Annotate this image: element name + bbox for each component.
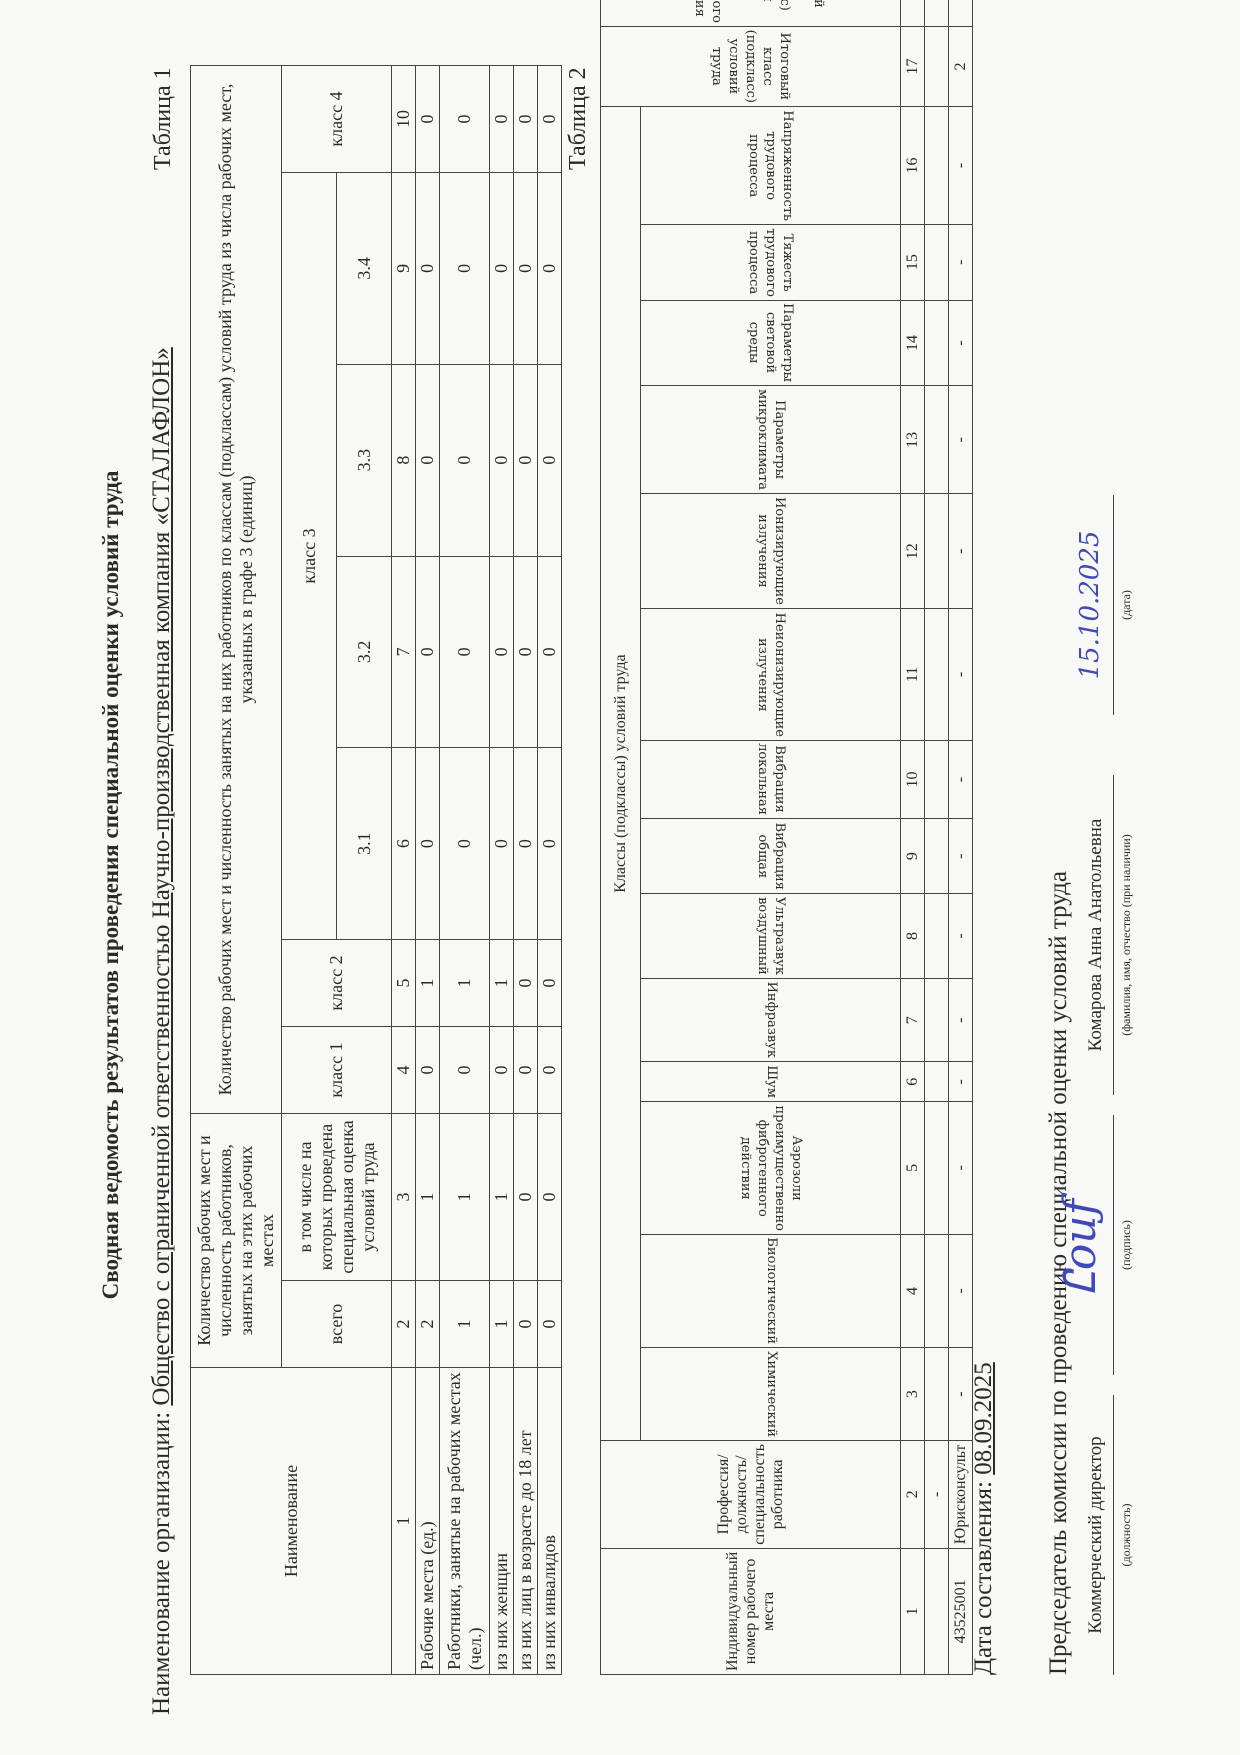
- t2-col-number: 11: [901, 609, 925, 740]
- row-label: из них женщин: [490, 1368, 514, 1675]
- t2-col-number: 4: [901, 1234, 925, 1348]
- table-row: -: [925, 0, 949, 1675]
- cell-value: 0: [416, 66, 440, 173]
- cell-value: -: [949, 1102, 973, 1235]
- cell-value: 0: [538, 1114, 562, 1281]
- row-label: Рабочие места (ед.): [416, 1368, 440, 1675]
- t1-head-group2: Количество рабочих мест и численность за…: [191, 66, 282, 1114]
- t1-head-name: Наименование: [191, 1368, 392, 1675]
- factor-label: Биологический: [763, 1238, 780, 1345]
- cell-value: [925, 893, 949, 978]
- cell-value: -: [949, 1348, 973, 1441]
- t1-col-number: 7: [392, 556, 416, 748]
- cell-value: [925, 224, 949, 300]
- cell-value: 0: [538, 364, 562, 556]
- t2-head-classes: Классы (подклассы) условий труда: [601, 107, 641, 1441]
- cell-value: 1: [416, 1114, 440, 1281]
- t2-factor-header: Химический: [641, 1348, 901, 1441]
- date-value: 08.09.2025: [970, 1362, 997, 1475]
- factor-label: Ультразвук воздушный: [754, 897, 788, 975]
- sign-date-field: 15.10.2025: [1085, 495, 1114, 715]
- t2-factor-header: Биологический: [641, 1234, 901, 1348]
- t2-col-number: 13: [901, 386, 925, 494]
- position-field: Коммерческий директор: [1085, 1395, 1114, 1675]
- t2-factor-header: Ультразвук воздушный: [641, 893, 901, 978]
- t2-factor-header: Вибрация общая: [641, 819, 901, 893]
- cell-value: [925, 1062, 949, 1102]
- factor-label: Ионизирующие излучения: [754, 497, 788, 605]
- t2-col-number: 10: [901, 740, 925, 819]
- t1-head-class1: класс 1: [282, 1027, 392, 1114]
- cell-value: 0: [440, 556, 490, 748]
- t1-col-number: 3: [392, 1114, 416, 1281]
- cell-value: [925, 300, 949, 386]
- t1-head-total: всего: [282, 1281, 392, 1368]
- t2-factor-header: Шум: [641, 1062, 901, 1102]
- t1-head-3-1: 3.1: [337, 748, 392, 940]
- t2-factor-header: Вибрация локальная: [641, 740, 901, 819]
- t2-col-number: 14: [901, 300, 925, 386]
- t2-col-number: 16: [901, 107, 925, 225]
- table-row: из них лиц в возрасте до 18 лет000000000: [514, 66, 538, 1675]
- workplace-id: 43525001: [949, 1548, 973, 1674]
- cell-value: [925, 609, 949, 740]
- cell-value: [925, 1102, 949, 1235]
- cell-value: 0: [538, 1281, 562, 1368]
- t2-factor-header: Параметры микроклимата: [641, 386, 901, 494]
- t1-col-number: 5: [392, 940, 416, 1027]
- organization-line: Наименование организации: Общество с огр…: [148, 347, 176, 1715]
- cell-value: [925, 1348, 949, 1441]
- cell-value: 0: [490, 364, 514, 556]
- t2-factor-header: Итоговый класс (подкласс) условий труда: [601, 26, 901, 106]
- date-label: Дата составления:: [970, 1475, 997, 1675]
- t2-factor-header: Итоговый класс (подкласс) условий труда …: [601, 0, 901, 26]
- t2-col-number: 2: [901, 1440, 925, 1548]
- cell-value: -: [949, 494, 973, 609]
- t2-head-id: Индивидуальный номер рабочего места: [601, 1548, 901, 1674]
- t1-col-number: 9: [392, 173, 416, 365]
- cell-value: -: [949, 224, 973, 300]
- t2-factor-headers: ХимическийБиологическийАэрозоли преимуще…: [641, 0, 901, 1675]
- cell-value: -: [949, 979, 973, 1062]
- cell-value: -: [949, 609, 973, 740]
- t2-factor-header: Параметры световой среды: [641, 300, 901, 386]
- position-caption: (должность): [1119, 1395, 1134, 1675]
- cell-value: 0: [490, 66, 514, 173]
- t1-head-3-4: 3.4: [337, 173, 392, 365]
- t1-col-number: 2: [392, 1281, 416, 1368]
- t2-col-number: 9: [901, 819, 925, 893]
- cell-value: 0: [514, 66, 538, 173]
- sign-date-caption: (дата): [1119, 495, 1134, 715]
- cell-value: 0: [440, 173, 490, 365]
- name-field: Комарова Анна Анатольевна: [1085, 775, 1114, 1095]
- t1-column-numbers: 12345678910: [392, 66, 416, 1675]
- cell-value: 0: [440, 748, 490, 940]
- factor-label: Параметры микроклимата: [754, 389, 788, 490]
- t2-factor-header: Неионизирующие излучения: [641, 609, 901, 740]
- cell-value: 0: [440, 66, 490, 173]
- table-row: Рабочие места (ед.)210100000: [416, 66, 440, 1675]
- row-label: Работники, занятые на рабочих местах (че…: [440, 1368, 490, 1675]
- factor-label: Химический: [763, 1351, 780, 1437]
- cell-value: -: [949, 893, 973, 978]
- t1-col-number: 8: [392, 364, 416, 556]
- factor-label: Аэрозоли преимущественно фиброгенного де…: [737, 1105, 805, 1231]
- signature-caption: (подпись): [1119, 1115, 1134, 1375]
- factor-label: Вибрация общая: [754, 823, 788, 890]
- table1-caption: Таблица 1: [150, 67, 177, 170]
- cell-value: 0: [538, 940, 562, 1027]
- t1-col-number: 6: [392, 748, 416, 940]
- profession: Юрисконсульт: [949, 1440, 973, 1548]
- cell-value: 0: [514, 364, 538, 556]
- factor-label: Итоговый класс (подкласс) условий труда …: [674, 0, 827, 23]
- t2-col-number: 7: [901, 979, 925, 1062]
- t2-factor-header: Ионизирующие излучения: [641, 494, 901, 609]
- cell-value: 0: [514, 748, 538, 940]
- cell-value: 0: [514, 1281, 538, 1368]
- t2-col-number: 5: [901, 1102, 925, 1235]
- t1-head-class4: класс 4: [282, 66, 392, 173]
- factor-label: Шум: [763, 1065, 780, 1098]
- factor-label: Параметры световой среды: [745, 304, 796, 383]
- t2-col-number: 17: [901, 26, 925, 106]
- row-label: из них лиц в возрасте до 18 лет: [514, 1368, 538, 1675]
- t2-column-numbers: 123456789101112131415161718192021222324: [901, 0, 925, 1675]
- t2-col-number: 1: [901, 1548, 925, 1674]
- workplace-id: [925, 1548, 949, 1674]
- cell-value: 0: [538, 173, 562, 365]
- factor-label: Тяжесть трудового процесса: [745, 228, 796, 297]
- cell-value: [925, 0, 949, 26]
- cell-value: 1: [490, 1281, 514, 1368]
- cell-value: 0: [538, 556, 562, 748]
- document-page: Сводная ведомость результатов проведения…: [0, 0, 1240, 1755]
- name-caption: (фамилия, имя, отчество (при наличии): [1119, 775, 1134, 1095]
- org-name: Общество с ограниченной ответственностью…: [148, 347, 175, 1405]
- factor-label: Вибрация локальная: [754, 744, 788, 816]
- cell-value: [925, 740, 949, 819]
- t2-col-number: 18: [901, 0, 925, 26]
- cell-value: 0: [514, 173, 538, 365]
- cell-value: 0: [416, 1027, 440, 1114]
- t2-factor-header: Инфразвук: [641, 979, 901, 1062]
- cell-value: -: [949, 0, 973, 26]
- cell-value: 0: [416, 364, 440, 556]
- cell-value: 0: [490, 173, 514, 365]
- cell-value: 1: [490, 1114, 514, 1281]
- cell-value: 1: [440, 1114, 490, 1281]
- table-row: из них женщин110100000: [490, 66, 514, 1675]
- table-row: 43525001Юрисконсульт--------------2-НетН…: [949, 0, 973, 1675]
- table-row: Работники, занятые на рабочих местах (че…: [440, 66, 490, 1675]
- cell-value: 0: [514, 1114, 538, 1281]
- cell-value: -: [949, 740, 973, 819]
- cell-value: -: [949, 386, 973, 494]
- cell-value: 0: [514, 1027, 538, 1114]
- signature-mark: Ꮭоиƒ: [1055, 1199, 1106, 1295]
- document-title: Сводная ведомость результатов проведения…: [98, 35, 124, 1735]
- t1-head-3-2: 3.2: [337, 556, 392, 748]
- rotated-content: Сводная ведомость результатов проведения…: [90, 35, 1240, 1735]
- cell-value: 0: [416, 748, 440, 940]
- factor-label: Инфразвук: [763, 982, 780, 1058]
- cell-value: [925, 107, 949, 225]
- cell-value: 0: [490, 556, 514, 748]
- t1-head-class2: класс 2: [282, 940, 392, 1027]
- cell-value: 0: [416, 173, 440, 365]
- t1-head-3-3: 3.3: [337, 364, 392, 556]
- cell-value: -: [949, 819, 973, 893]
- org-label: Наименование организации:: [148, 1406, 175, 1715]
- t1-col-number: 10: [392, 66, 416, 173]
- cell-value: -: [949, 1234, 973, 1348]
- t2-factor-header: Напряженность трудового процесса: [641, 107, 901, 225]
- cell-value: [925, 979, 949, 1062]
- sign-date-value: 15.10.2025: [1075, 531, 1105, 680]
- t2-factor-header: Тяжесть трудового процесса: [641, 224, 901, 300]
- cell-value: 1: [416, 940, 440, 1027]
- cell-value: -: [949, 1062, 973, 1102]
- cell-value: 1: [440, 940, 490, 1027]
- cell-value: 0: [440, 1027, 490, 1114]
- cell-value: 0: [416, 556, 440, 748]
- t1-col-number: 4: [392, 1027, 416, 1114]
- t1-head-group1: Количество рабочих мест и численность ра…: [191, 1114, 282, 1368]
- cell-value: 0: [538, 66, 562, 173]
- profession: -: [925, 1440, 949, 1548]
- cell-value: 1: [490, 940, 514, 1027]
- cell-value: 0: [490, 1027, 514, 1114]
- cell-value: [925, 494, 949, 609]
- factor-label: Итоговый класс (подкласс) условий труда: [708, 30, 793, 103]
- cell-value: 0: [538, 1027, 562, 1114]
- table2-caption: Таблица 2: [565, 67, 592, 170]
- table-2: Индивидуальный номер рабочего места Проф…: [600, 0, 973, 1675]
- factor-label: Напряженность трудового процесса: [745, 110, 796, 221]
- cell-value: [925, 819, 949, 893]
- cell-value: 0: [440, 364, 490, 556]
- signature-row: Коммерческий директор (должность) Ꮭоиƒ (…: [1085, 225, 1145, 1675]
- t2-col-number: 3: [901, 1348, 925, 1441]
- t2-col-number: 8: [901, 893, 925, 978]
- t2-col-number: 6: [901, 1062, 925, 1102]
- t1-head-assessed: в том числе на которых проведена специал…: [282, 1114, 392, 1281]
- cell-value: [925, 386, 949, 494]
- table-1: Наименование Количество рабочих мест и ч…: [190, 65, 562, 1675]
- t2-head-profession: Профессия/ должность/ специальность рабо…: [601, 1440, 901, 1548]
- cell-value: 0: [514, 556, 538, 748]
- row-label: из них инвалидов: [538, 1368, 562, 1675]
- cell-value: -: [949, 107, 973, 225]
- cell-value: 2: [949, 26, 973, 106]
- t1-col-number: 1: [392, 1368, 416, 1675]
- factor-label: Неионизирующие излучения: [754, 612, 788, 736]
- cell-value: 0: [490, 748, 514, 940]
- cell-value: -: [949, 300, 973, 386]
- cell-value: 0: [538, 748, 562, 940]
- compile-date: Дата составления: 08.09.2025: [970, 1362, 998, 1675]
- cell-value: 2: [416, 1281, 440, 1368]
- t2-col-number: 12: [901, 494, 925, 609]
- t2-factor-header: Аэрозоли преимущественно фиброгенного де…: [641, 1102, 901, 1235]
- cell-value: [925, 1234, 949, 1348]
- t1-head-class3: класс 3: [282, 173, 337, 940]
- table-row: из них инвалидов000000000: [538, 66, 562, 1675]
- cell-value: [925, 26, 949, 106]
- cell-value: 0: [514, 940, 538, 1027]
- cell-value: 1: [440, 1281, 490, 1368]
- t2-col-number: 15: [901, 224, 925, 300]
